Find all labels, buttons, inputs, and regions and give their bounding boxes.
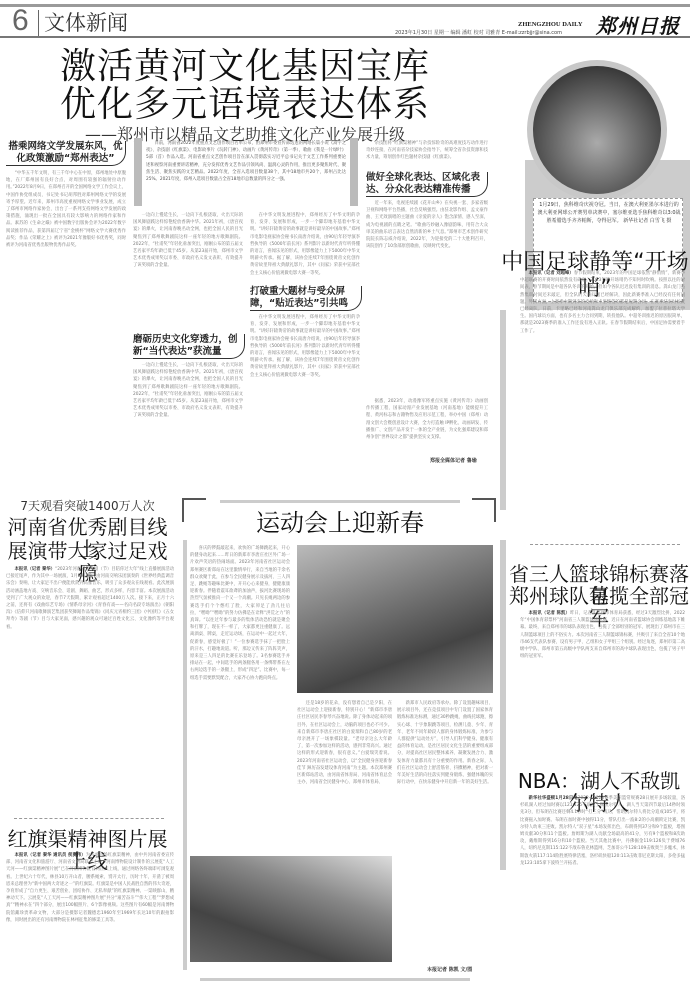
intro-left-bar: [134, 138, 142, 206]
opera-kicker: 7天观看突破1400万人次: [0, 497, 175, 514]
sports-meet-byline: 本报记者 陈凯 文/图: [427, 966, 472, 973]
sports-meet-column-2: 还是18岁的花朵，没有想着自己是夕阳，在社区运动会上迎接新春，特别开心！”新郑市…: [297, 700, 392, 860]
section-divider: [14, 818, 164, 819]
newspaper-logo: 郑州日报: [596, 10, 680, 39]
section-title: 文体新闻: [44, 10, 128, 36]
lead-intro: 日前，河南省2022年度重点文艺创作项目名单公布，由郑州市委宣传部选送的网络长篇…: [146, 140, 346, 206]
lead-column-1: “中华五千年文明，有三千年中心在中原，郑州地处中原腹地，在厂郑州国有良好合点，对…: [6, 170, 126, 480]
lead-byline: 郑报全媒体记者 鲁瑜: [430, 457, 477, 464]
lead-column-4-top: 杂技团将“红旗渠精神”与杂技惊险奇的高难度技巧动作进行奇妙连接，在河南省杂技家协…: [366, 140, 488, 170]
lead-column-2-bottom: 一边向上慢延生长，一边向下扎根浇取，火出天际的国风舞剧践这样惊艳绽放香满中华。2…: [133, 362, 243, 480]
djokovic-photo: [527, 60, 667, 200]
right-column-rule: [500, 540, 506, 870]
header-divider: [38, 10, 39, 36]
section-divider: [530, 544, 680, 545]
football-body: 本报讯（记者 刘超峰）春节假期结束，2023年的中国足球依然“静悄悄”，新赛季中…: [520, 270, 685, 526]
lead-headline-line-1: 激活黄河文化基因宝库: [0, 46, 490, 88]
sports-meet-column-3: 新郑市人民政府等承办。除了设置趣味项目、展示项目外，还在竞技项目中专门设置了国家…: [397, 700, 493, 970]
intro-right-bar: [350, 138, 358, 206]
lead-subsection-1-heading: 搭乘网络文学发展东风，优化政策激励“郑州表达”: [6, 141, 126, 166]
header-bottom-rule: [0, 36, 690, 38]
lead-headline-line-2: 优化多元语境表达体系: [0, 84, 490, 126]
tug-of-war-photo: [297, 545, 493, 693]
lead-subsection-3-heading: 打破重大题材与受众屏障，“贴近表达”引共鸣: [250, 286, 362, 311]
lead-column-2-top: 一边向上慢延生长，一边向下扎根浇取，火出天际的国风舞剧践这样惊艳绽放香满中华。2…: [133, 212, 243, 330]
nba-body: 新华社华盛顿1月28日电2022—2023赛季美职篮常规赛28日展开多场较量，洛…: [520, 795, 685, 987]
sports-meet-headline: 运动会上迎新春: [180, 510, 500, 536]
hongqiqu-body: 本报讯（记者 秦华 通讯员 侯赛伟）为传承弘扬红旗渠精神，由中共河南省委宣传部、…: [6, 852, 174, 990]
issue-meta: 2023年1月30日 星期一 编辑 潘虹 校对 司雅青 E-mail:zzrbj…: [395, 29, 562, 36]
opera-body: 本报讯（记者 秦华）“2023年河南省优秀剧（节）目陪你过大年”线上直播展演活动…: [6, 566, 174, 806]
top-rule: [0, 4, 690, 7]
lead-subsection-2-heading: 磨砺历史文化穿透力，创新“当代表达”获流量: [133, 334, 245, 359]
frame-left-bar: [183, 540, 187, 970]
lead-column-4-bottom: 据悉，2023年，动漫豫军将重点实施《黄河传奇》动画创作传播工程、国家动漫产业发…: [366, 398, 488, 456]
photo-caption: 1月29日，焦科维奇庆祝夺冠。当日，在澳大利亚墨尔本进行的澳大利亚网球公开赛男单…: [537, 201, 681, 225]
right-column-rule: [500, 310, 506, 510]
frame-bottom-bar: [200, 978, 470, 981]
lead-subsection-4-heading: 做好全球化表达、区域化表达、分众化表达精准传播: [366, 172, 488, 197]
frame-top-bar: [220, 500, 460, 503]
newspaper-english-name: ZHENGZHOU DAILY: [518, 21, 583, 28]
page-number: 6: [12, 6, 29, 36]
lead-column-4-middle: 近一年来，电视连续剧《花开山乡》在央视一套、多家省级卫视和网络平台热播，社会反响…: [366, 200, 488, 398]
lead-column-3-bottom: 在中华文明发展进程中，郑州经历了中华文明的孕育、发芽、发展和形成，一步一个脚印地…: [250, 314, 360, 480]
chess-photo: [190, 856, 392, 962]
lead-column-3-top: 在中华文明发展进程中，郑州经历了中华文明的孕育、发芽、发展和形成，一步一个脚印地…: [250, 212, 360, 282]
sports-meet-column-1: 喜庆的锣鼓敲起来，欢快的广场舞跳起来，开心的健身动起来……昨日的新郑市李唐庄社区…: [190, 545, 290, 870]
basketball-body: 本报讯（记者 陈凯）昨日，记者从郑州市体育局获悉，经过3天激烈比拼，2022年“…: [520, 610, 685, 750]
